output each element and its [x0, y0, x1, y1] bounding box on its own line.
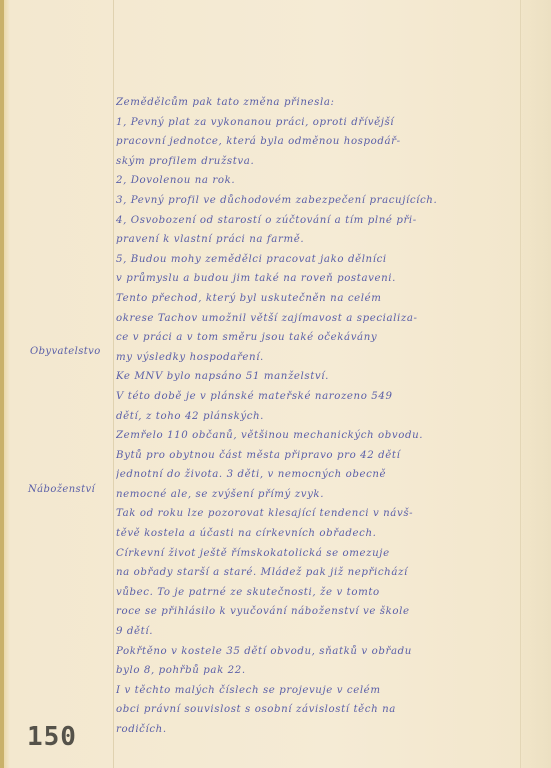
- right-page-strip: [521, 0, 551, 768]
- text-line: pracovní jednotce, která byla odměnou ho…: [116, 132, 516, 152]
- page-number: 150: [27, 722, 77, 752]
- text-line: v průmyslu a budou jim také na roveň pos…: [116, 269, 516, 289]
- text-line: my výsledky hospodaření.: [116, 348, 516, 368]
- text-line: 2, Dovolenou na rok.: [116, 171, 516, 191]
- margin-rule: [113, 0, 114, 768]
- binding-edge: [0, 0, 4, 768]
- handwritten-body: Zemědělcům pak tato změna přinesla:1, Pe…: [116, 93, 516, 740]
- text-line: jednotní do života. 3 děti, v nemocných …: [116, 465, 516, 485]
- text-line: bylo 8, pohřbů pak 22.: [116, 661, 516, 681]
- text-line: obci právní souvislost s osobní závislos…: [116, 700, 516, 720]
- text-line: pravení k vlastní práci na farmě.: [116, 230, 516, 250]
- text-line: Církevní život ještě římskokatolická se …: [116, 544, 516, 564]
- text-line: I v těchto malých číslech se projevuje v…: [116, 681, 516, 701]
- text-line: dětí, z toho 42 plánských.: [116, 407, 516, 427]
- margin-note-population: Obyvatelstvo: [30, 346, 101, 357]
- text-line: Tak od roku lze pozorovat klesající tend…: [116, 504, 516, 524]
- text-line: Tento přechod, který byl uskutečněn na c…: [116, 289, 516, 309]
- text-line: Pokřtěno v kostele 35 dětí obvodu, sňatk…: [116, 642, 516, 662]
- text-line: těvě kostela a účasti na církevních obřa…: [116, 524, 516, 544]
- text-line: na obřady starší a staré. Mládež pak již…: [116, 563, 516, 583]
- text-line: okrese Tachov umožnil větší zajímavost a…: [116, 309, 516, 329]
- text-line: Bytů pro obytnou část města připravo pro…: [116, 446, 516, 466]
- text-line: 1, Pevný plat za vykonanou práci, oproti…: [116, 113, 516, 133]
- text-line: 5, Budou mohy zemědělci pracovat jako dě…: [116, 250, 516, 270]
- margin-note-religion: Náboženství: [28, 484, 95, 495]
- text-line: 4, Osvobození od starostí o zúčtování a …: [116, 211, 516, 231]
- text-line: roce se přihlásilo k vyučování náboženst…: [116, 602, 516, 622]
- text-line: V této době je v plánské mateřské naroze…: [116, 387, 516, 407]
- text-line: 9 dětí.: [116, 622, 516, 642]
- text-line: ce v práci a v tom směru jsou také očeká…: [116, 328, 516, 348]
- text-line: vůbec. To je patrné ze skutečnosti, že v…: [116, 583, 516, 603]
- text-line: Ke MNV bylo napsáno 51 manželství.: [116, 367, 516, 387]
- text-line: Zemřelo 110 občanů, většinou mechanickýc…: [116, 426, 516, 446]
- scanned-page: Zemědělcům pak tato změna přinesla:1, Pe…: [0, 0, 551, 768]
- text-line: rodičích.: [116, 720, 516, 740]
- text-line: nemocné ale, se zvýšení přímý zvyk.: [116, 485, 516, 505]
- text-line: Zemědělcům pak tato změna přinesla:: [116, 93, 516, 113]
- text-line: ským profilem družstva.: [116, 152, 516, 172]
- text-line: 3, Pevný profil ve důchodovém zabezpečen…: [116, 191, 516, 211]
